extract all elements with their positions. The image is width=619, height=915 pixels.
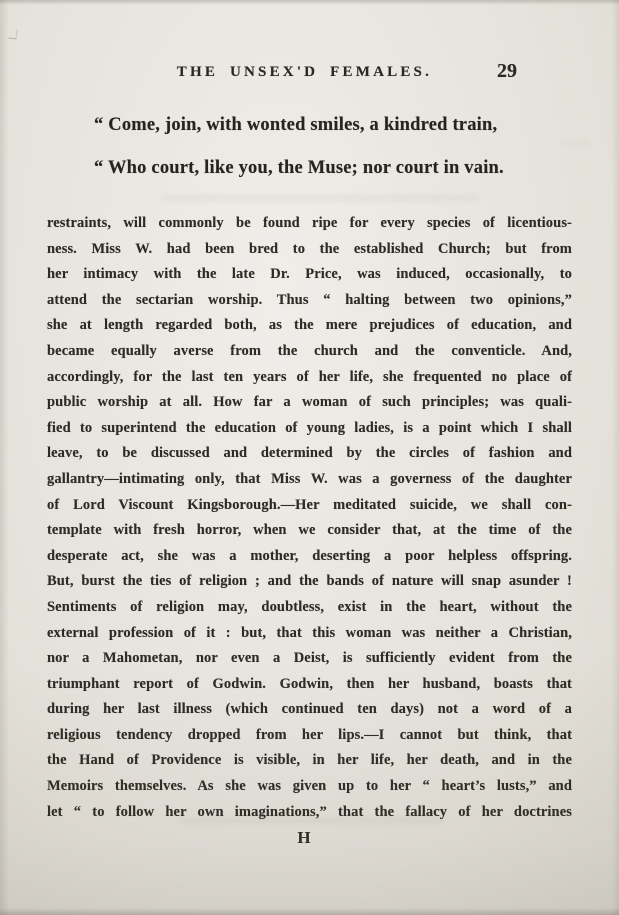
body-line: religious tendency dropped from her lips… <box>47 723 572 749</box>
page-number: 29 <box>497 60 517 83</box>
body-line: Memoirs themselves. As she was given up … <box>47 774 572 800</box>
page-header: THE UNSEX'D FEMALES. 29 <box>0 62 619 86</box>
verse-line: “ Come, join, with wonted smiles, a kind… <box>94 104 574 147</box>
body-line: fied to superintend the education of you… <box>47 416 572 442</box>
running-title: THE UNSEX'D FEMALES. <box>177 64 432 81</box>
body-line: external profession of it : but, that th… <box>47 621 572 647</box>
verse-line: “ Who court, like you, the Muse; nor cou… <box>94 147 574 190</box>
body-line: nor a Mahometan, nor even a Deist, is su… <box>47 646 572 672</box>
body-line: template with fresh horror, when we cons… <box>47 518 572 544</box>
body-line: Sentiments of religion may, doubtless, e… <box>47 595 572 621</box>
body-line: of Lord Viscount Kingsborough.—Her medit… <box>47 493 572 519</box>
verse-quote: “ Come, join, with wonted smiles, a kind… <box>94 104 574 190</box>
body-line: desperate act, she was a mother, deserti… <box>47 544 572 570</box>
signature-mark: H <box>0 828 619 848</box>
body-paragraph: restraints, will commonly be found ripe … <box>47 211 572 825</box>
bleedthrough-smudge <box>160 194 480 202</box>
pencil-mark <box>8 29 17 40</box>
scanned-book-page: THE UNSEX'D FEMALES. 29 “ Come, join, wi… <box>0 0 619 915</box>
body-line: public worship at all. How far a woman o… <box>47 390 572 416</box>
body-line: triumphant report of Godwin. Godwin, the… <box>47 672 572 698</box>
body-line: ness. Miss W. had been bred to the estab… <box>47 237 572 263</box>
body-line: attend the sectarian worship. Thus “ hal… <box>47 288 572 314</box>
body-line: she at length regarded both, as the mere… <box>47 313 572 339</box>
body-line: let “ to follow her own imaginations,” t… <box>47 800 572 826</box>
body-line: became equally averse from the church an… <box>47 339 572 365</box>
body-line: during her last illness (which continued… <box>47 697 572 723</box>
body-line: But, burst the ties of religion ; and th… <box>47 569 572 595</box>
body-line: her intimacy with the late Dr. Price, wa… <box>47 262 572 288</box>
body-line: accordingly, for the last ten years of h… <box>47 365 572 391</box>
body-line: restraints, will commonly be found ripe … <box>47 211 572 237</box>
body-line: leave, to be discussed and determined by… <box>47 441 572 467</box>
body-line: the Hand of Providence is visible, in he… <box>47 748 572 774</box>
body-line: gallantry—intimating only, that Miss W. … <box>47 467 572 493</box>
